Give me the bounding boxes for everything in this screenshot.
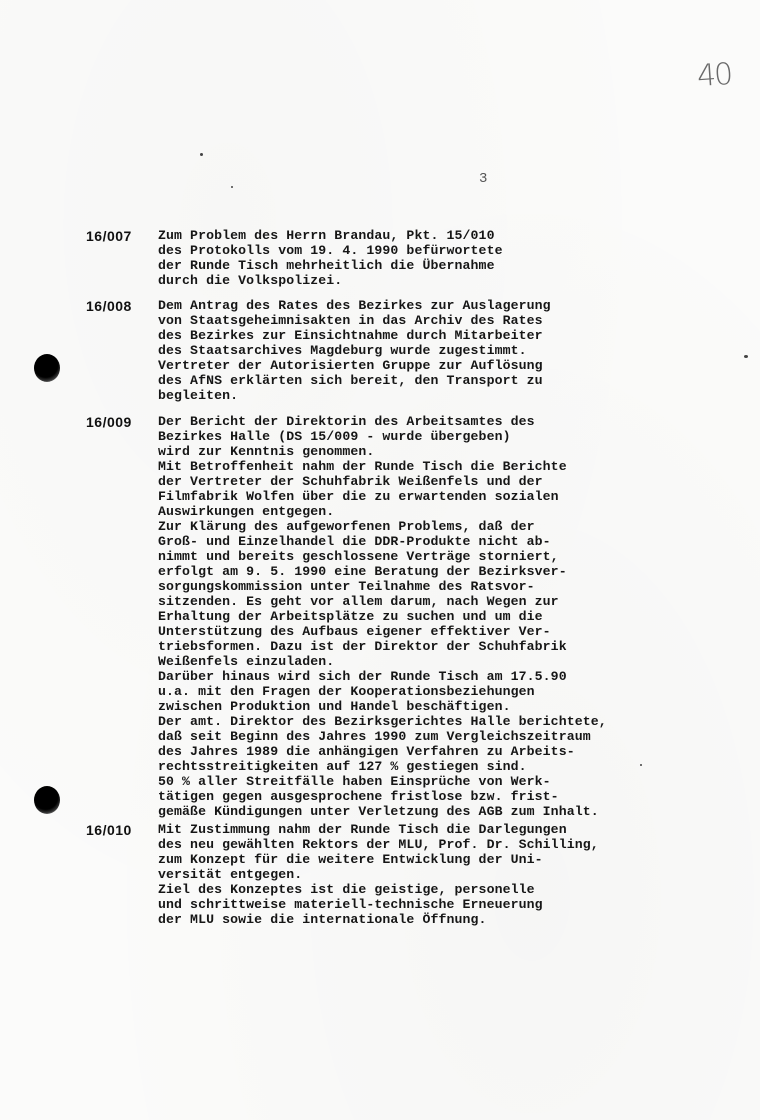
entry-number: 16/009 <box>86 414 132 430</box>
text-line: des neu gewählten Rektors der MLU, Prof.… <box>158 837 698 852</box>
entry-text: Zum Problem des Herrn Brandau, Pkt. 15/0… <box>158 228 698 288</box>
text-line: sorgungskommission unter Teilnahme des R… <box>158 579 698 594</box>
scanned-document-page: 40 3 16/007 Zum Problem des Herrn Branda… <box>0 0 760 1120</box>
text-line: Zur Klärung des aufgeworfenen Problems, … <box>158 519 698 534</box>
text-line: Dem Antrag des Rates des Bezirkes zur Au… <box>158 298 698 313</box>
text-line: Groß- und Einzelhandel die DDR-Produkte … <box>158 534 698 549</box>
text-line: Vertreter der Autorisierten Gruppe zur A… <box>158 358 698 373</box>
text-line: sitzenden. Es geht vor allem darum, nach… <box>158 594 698 609</box>
text-line: Darüber hinaus wird sich der Runde Tisch… <box>158 669 698 684</box>
text-line: Der amt. Direktor des Bezirksgerichtes H… <box>158 714 698 729</box>
scan-speck <box>200 153 203 156</box>
entry-text: Dem Antrag des Rates des Bezirkes zur Au… <box>158 298 698 403</box>
text-line: des AfNS erklärten sich bereit, den Tran… <box>158 373 698 388</box>
text-line: wird zur Kenntnis genommen. <box>158 444 698 459</box>
text-line: des Bezirkes zur Einsichtnahme durch Mit… <box>158 328 698 343</box>
text-line: von Staatsgeheimnisakten in das Archiv d… <box>158 313 698 328</box>
text-line: Bezirkes Halle (DS 15/009 - wurde überge… <box>158 429 698 444</box>
text-line: Weißenfels einzuladen. <box>158 654 698 669</box>
text-line: Ziel des Konzeptes ist die geistige, per… <box>158 882 698 897</box>
text-line: Erhaltung der Arbeitsplätze zu suchen un… <box>158 609 698 624</box>
scan-speck <box>744 355 748 358</box>
entry-number: 16/008 <box>86 298 132 314</box>
text-line: erfolgt am 9. 5. 1990 eine Beratung der … <box>158 564 698 579</box>
text-line: begleiten. <box>158 388 698 403</box>
text-line: Zum Problem des Herrn Brandau, Pkt. 15/0… <box>158 228 698 243</box>
entry-text: Der Bericht der Direktorin des Arbeitsam… <box>158 414 698 819</box>
text-line: zum Konzept für die weitere Entwicklung … <box>158 852 698 867</box>
page-number: 3 <box>479 171 487 187</box>
text-line: Filmfabrik Wolfen über die zu erwartende… <box>158 489 698 504</box>
text-line: Der Bericht der Direktorin des Arbeitsam… <box>158 414 698 429</box>
text-line: zwischen Produktion und Handel beschäfti… <box>158 699 698 714</box>
entry-text: Mit Zustimmung nahm der Runde Tisch die … <box>158 822 698 927</box>
text-line: der MLU sowie die internationale Öffnung… <box>158 912 698 927</box>
text-line: und schrittweise materiell-technische Er… <box>158 897 698 912</box>
text-line: der Runde Tisch mehrheitlich die Übernah… <box>158 258 698 273</box>
punch-hole-mark <box>34 786 60 814</box>
handwritten-page-annotation: 40 <box>696 57 733 94</box>
text-line: triebsformen. Dazu ist der Direktor der … <box>158 639 698 654</box>
scan-speck <box>231 186 233 188</box>
text-line: Mit Betroffenheit nahm der Runde Tisch d… <box>158 459 698 474</box>
entry-number: 16/007 <box>86 228 132 244</box>
punch-hole-mark <box>34 354 60 382</box>
text-line: des Staatsarchives Magdeburg wurde zuges… <box>158 343 698 358</box>
text-line: Mit Zustimmung nahm der Runde Tisch die … <box>158 822 698 837</box>
entry-number: 16/010 <box>86 822 132 838</box>
text-line: 50 % aller Streitfälle haben Einsprüche … <box>158 774 698 789</box>
text-line: versität entgegen. <box>158 867 698 882</box>
text-line: Unterstützung des Aufbaus eigener effekt… <box>158 624 698 639</box>
text-line: gemäße Kündigungen unter Verletzung des … <box>158 804 698 819</box>
text-line: u.a. mit den Fragen der Kooperationsbezi… <box>158 684 698 699</box>
text-line: durch die Volkspolizei. <box>158 273 698 288</box>
text-line: der Vertreter der Schuhfabrik Weißenfels… <box>158 474 698 489</box>
text-line: des Jahres 1989 die anhängigen Verfahren… <box>158 744 698 759</box>
text-line: rechtsstreitigkeiten auf 127 % gestiegen… <box>158 759 698 774</box>
text-line: des Protokolls vom 19. 4. 1990 befürwort… <box>158 243 698 258</box>
text-line: tätigen gegen ausgesprochene fristlose b… <box>158 789 698 804</box>
text-line: Auswirkungen entgegen. <box>158 504 698 519</box>
text-line: daß seit Beginn des Jahres 1990 zum Verg… <box>158 729 698 744</box>
text-line: nimmt und bereits geschlossene Verträge … <box>158 549 698 564</box>
